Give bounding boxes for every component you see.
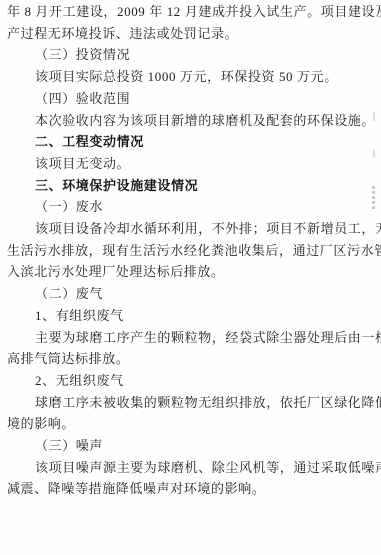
text-line: （一）废水 [7, 196, 371, 218]
text-line: 主要为球磨工序产生的颗粒物，经袋式除尘器处理后由一根 15m [7, 327, 371, 349]
text-line: 2、无组织废气 [7, 370, 371, 392]
text-line: 入滨北污水处理厂处理达标后排放。 [7, 261, 371, 283]
text-line: 本次验收内容为该项目新增的球磨机及配套的环保设施。 [7, 110, 371, 132]
text-line: 减震、降噪等措施降低噪声对环境的影响。 [7, 478, 371, 500]
document-page: 年 8 月开工建设，2009 年 12 月建成并投入试生产。项目建设及试生产过程… [0, 0, 381, 555]
text-line: 该项目实际总投资 1000 万元，环保投资 50 万元。 [7, 66, 371, 88]
text-line: 二、工程变动情况 [7, 131, 371, 153]
text-line: （三）投资情况 [7, 44, 371, 66]
text-line: （三）噪声 [7, 435, 371, 457]
scan-artifact [372, 186, 375, 210]
text-line: 1、有组织废气 [7, 305, 371, 327]
text-line: 该项目设备冷却水循环利用，不外排；项目不新增员工，无新增 [7, 218, 371, 240]
text-line: 该项目噪声源主要为球磨机、除尘风机等，通过采取低噪声设备、 [7, 457, 371, 479]
text-line: （二）废气 [7, 283, 371, 305]
text-line: 该项目无变动。 [7, 153, 371, 175]
text-line: （四）验收范围 [7, 88, 371, 110]
text-line: 年 8 月开工建设，2009 年 12 月建成并投入试生产。项目建设及试生 [7, 1, 371, 23]
scan-artifact [373, 112, 375, 121]
document-body: 年 8 月开工建设，2009 年 12 月建成并投入试生产。项目建设及试生产过程… [7, 1, 371, 500]
text-line: 产过程无环境投诉、违法或处罚记录。 [7, 23, 371, 45]
text-line: 高排气筒达标排放。 [7, 348, 371, 370]
text-line: 三、环境保护设施建设情况 [7, 175, 371, 197]
text-line: 境的影响。 [7, 413, 371, 435]
text-line: 生活污水排放，现有生活污水经化粪池收集后，通过厂区污水管网排 [7, 240, 371, 262]
text-line: 球磨工序未被收集的颗粒物无组织排放，依托厂区绿化降低对环 [7, 392, 371, 414]
scan-artifact [373, 150, 375, 157]
